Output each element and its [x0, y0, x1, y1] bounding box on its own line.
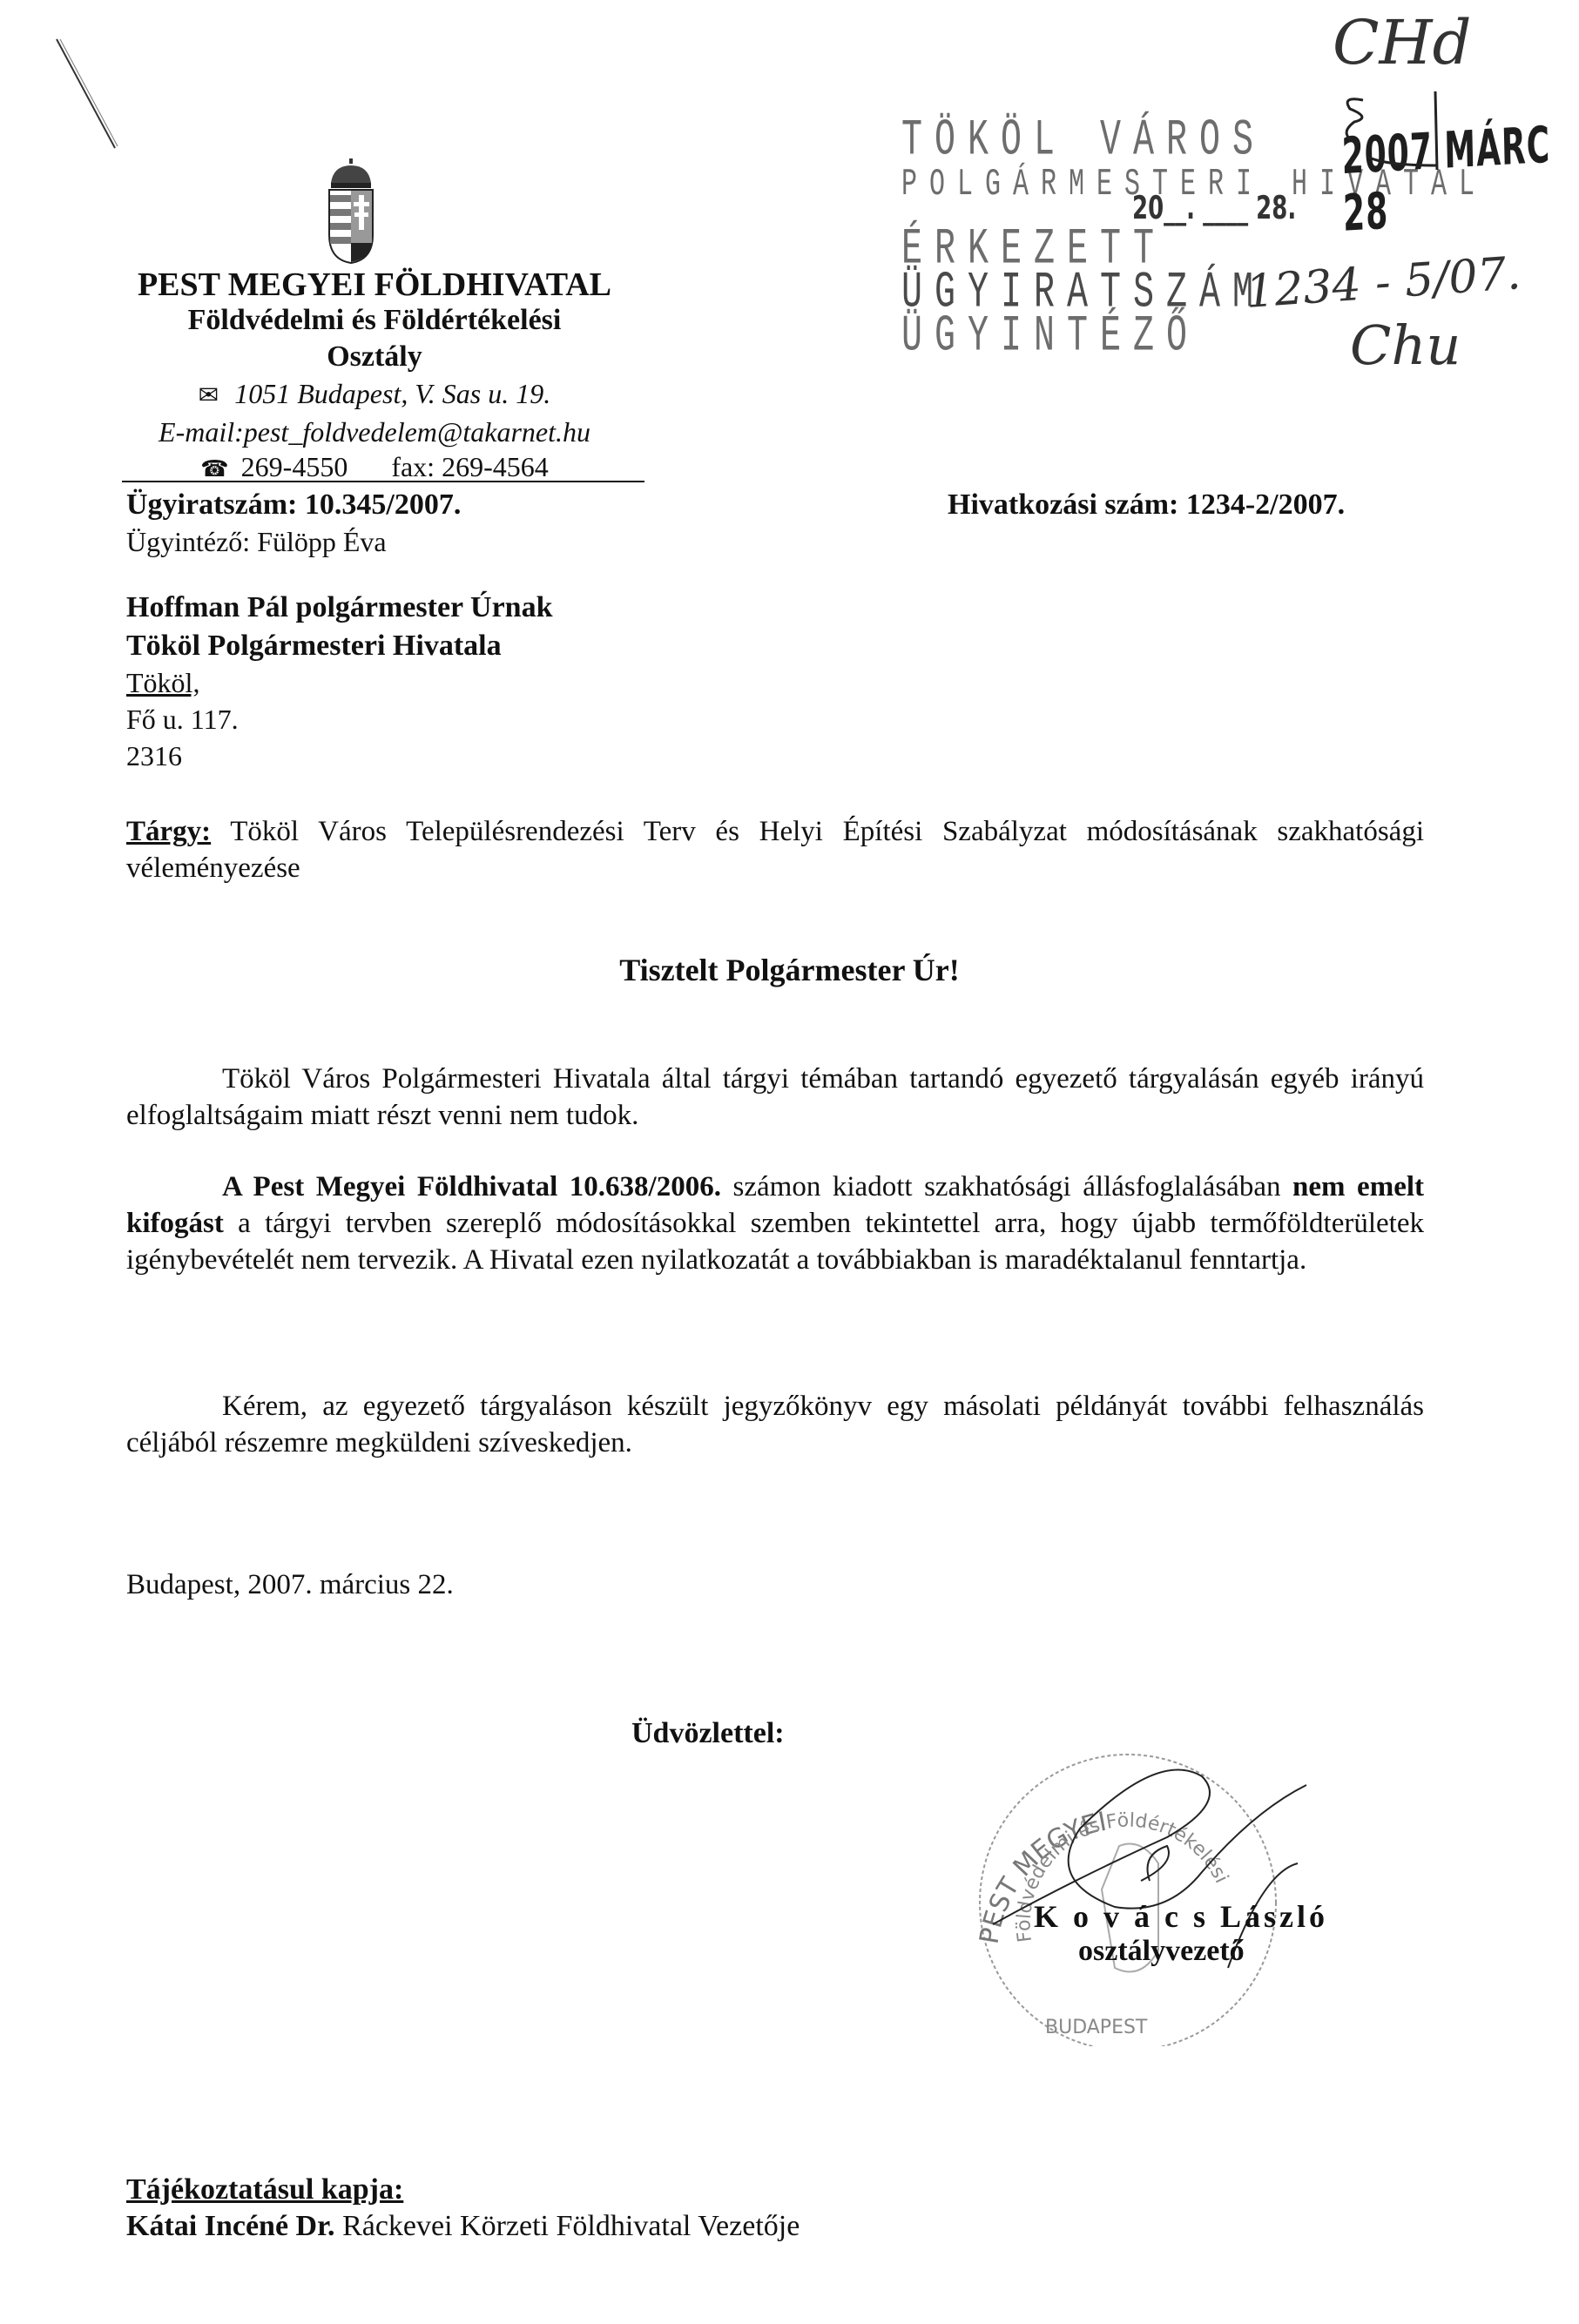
cc-recipient: Kátai Incéné Dr. Ráckevei Körzeti Földhi… — [126, 2209, 800, 2244]
letterhead-divider — [122, 481, 644, 482]
telephone-icon: ☎ — [200, 456, 228, 482]
signer-name: K o v á c s László — [1034, 1898, 1328, 1935]
recipient-street: Fő u. 117. — [126, 702, 239, 737]
subject-text: Tököl Város Településrendezési Terv és H… — [126, 816, 1424, 884]
handwritten-initials-top: CHd — [1333, 7, 1471, 78]
recipient-office: Tököl Polgármesteri Hivatala — [126, 629, 502, 664]
recipient-city: Tököl, — [126, 665, 199, 700]
date-line: Budapest, 2007. március 22. — [126, 1567, 454, 1602]
pen-mark — [52, 35, 122, 157]
department-line-1: Földvédelmi és Földértékelési — [113, 303, 636, 338]
salutation: Tisztelt Polgármester Úr! — [0, 952, 1579, 988]
case-officer: Ügyintéző: Fülöpp Éva — [126, 524, 387, 559]
reference-number: Hivatkozási szám: 1234-2/2007. — [948, 488, 1345, 522]
closing: Üdvözlettel: — [631, 1716, 785, 1751]
stamp-row: ÜGYINTÉZŐ — [901, 309, 1199, 366]
official-seal: PEST MEGYEI Földvédelmi és Földértékelés… — [941, 1733, 1315, 2046]
paragraph-1: Tököl Város Polgármesteri Hivatala által… — [126, 1061, 1424, 1134]
email-link[interactable]: E-mail:pest_foldvedelem@takarnet.hu — [113, 414, 636, 449]
stamp-row: TÖKÖL VÁROS — [901, 113, 1265, 170]
case-number: Ügyiratszám: 10.345/2007. — [126, 488, 461, 522]
subject-line: Tárgy: Tököl Város Településrendezési Te… — [126, 813, 1424, 886]
paragraph-3: Kérem, az egyezető tárgyaláson készült j… — [126, 1388, 1424, 1461]
org-name: PEST MEGYEI FÖLDHIVATAL — [113, 266, 636, 304]
subject-label: Tárgy: — [126, 816, 211, 847]
signer-title: osztályvezető — [1078, 1934, 1245, 1969]
recipient-postcode: 2316 — [126, 738, 182, 773]
handwritten-initials-bottom: Chu — [1350, 313, 1461, 377]
seal-bottom-text: BUDAPEST — [1045, 2017, 1148, 2038]
stamp-date-small: 20__. ____ 28. — [1132, 191, 1296, 227]
envelope-icon: ✉ — [199, 381, 219, 409]
hungarian-coat-of-arms-icon — [321, 157, 381, 266]
department-line-2: Osztály — [113, 340, 636, 374]
address-line: ✉1051 Budapest, V. Sas u. 19. — [113, 376, 636, 413]
recipient-name: Hoffman Pál polgármester Úrnak — [126, 590, 552, 625]
handwritten-signature-mark — [1333, 83, 1454, 187]
paragraph-2: A Pest Megyei Földhivatal 10.638/2006. s… — [126, 1169, 1424, 1278]
cc-label: Tájékoztatásul kapja: — [126, 2172, 403, 2207]
